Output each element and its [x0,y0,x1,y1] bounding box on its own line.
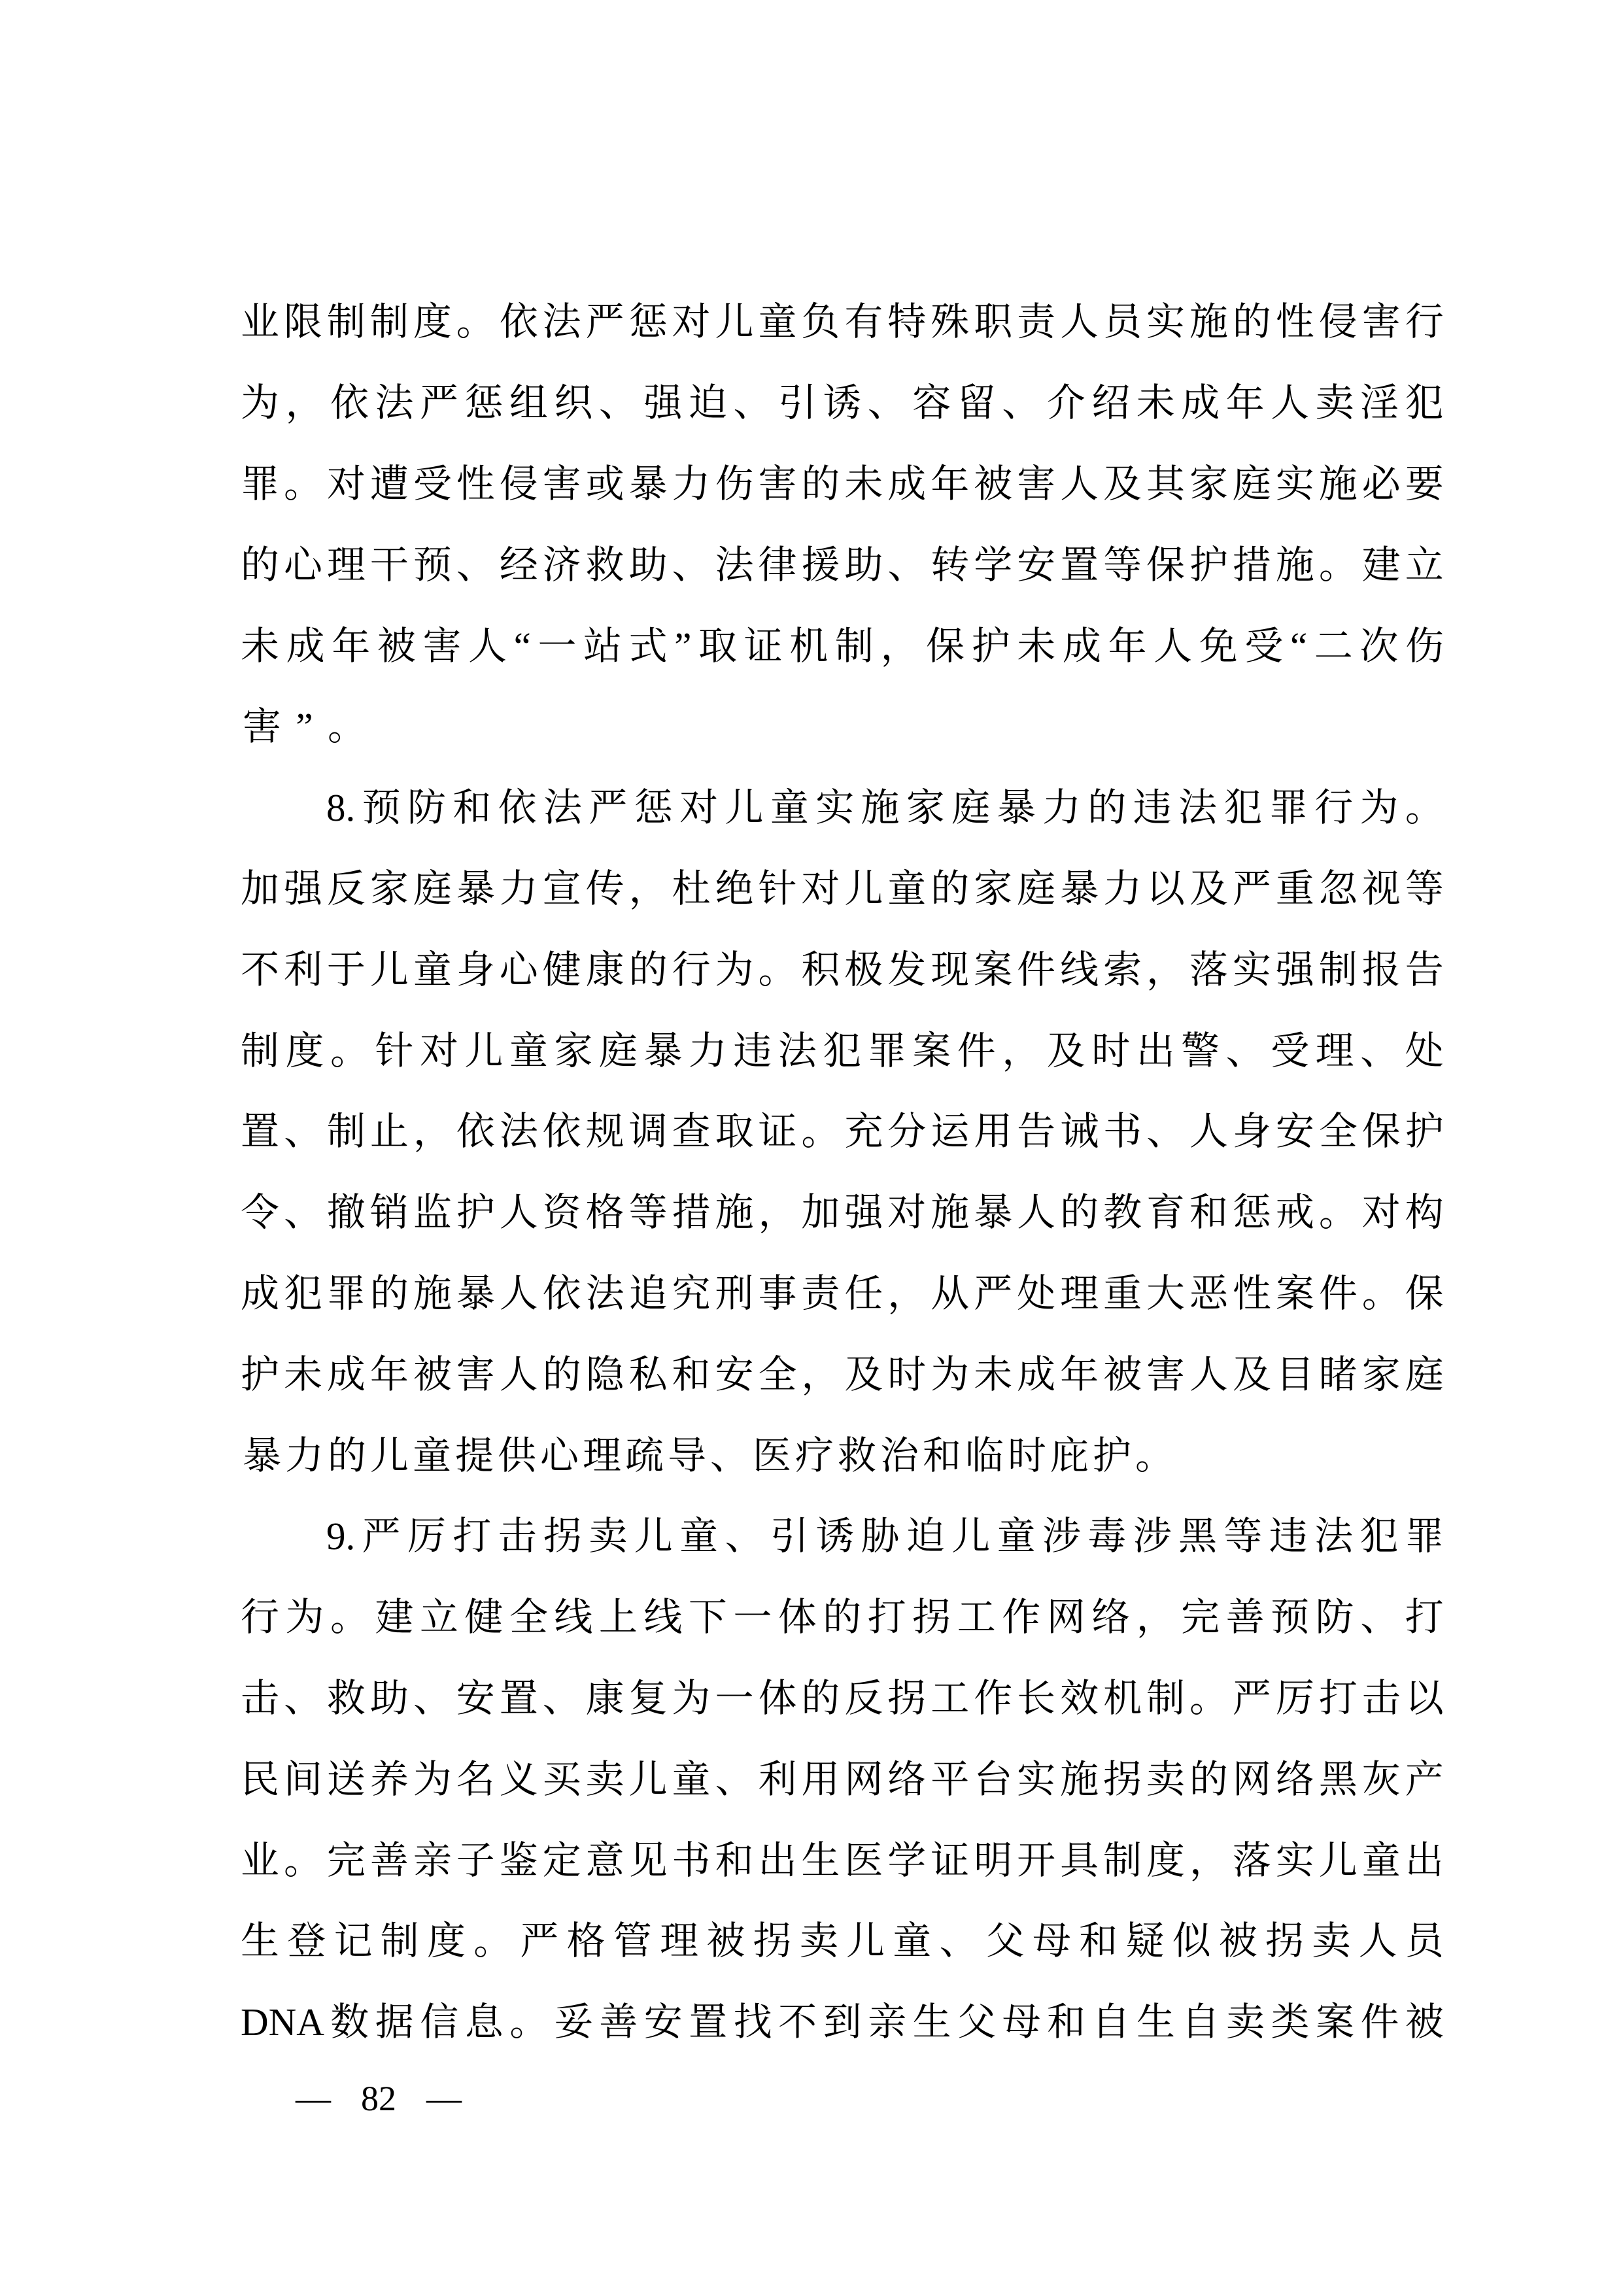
text-line: 为，依法严惩组织、强迫、引诱、容留、介绍未成年人卖淫犯 [241,363,1444,444]
text-line: 加强反家庭暴力宣传，杜绝针对儿童的家庭暴力以及严重忽视等 [241,849,1444,930]
text-line: 罪。对遭受性侵害或暴力伤害的未成年被害人及其家庭实施必要 [241,444,1444,525]
text-line: 护未成年被害人的隐私和安全，及时为未成年被害人及目睹家庭 [241,1334,1444,1415]
footer-dash-right: — [426,2078,462,2119]
text-line: DNA数据信息。妥善安置找不到亲生父母和自生自卖类案件被 [241,1982,1444,2063]
text-line-paragraph-9-start: 9.严厉打击拐卖儿童、引诱胁迫儿童涉毒涉黑等违法犯罪 [241,1496,1444,1577]
text-line: 业。完善亲子鉴定意见书和出生医学证明开具制度，落实儿童出 [241,1820,1444,1901]
text-line: 未成年被害人“一站式”取证机制，保护未成年人免受“二次伤 [241,606,1444,687]
text-line: 行为。建立健全线上线下一体的打拐工作网络，完善预防、打 [241,1577,1444,1658]
text-line: 击、救助、安置、康复为一体的反拐工作长效机制。严厉打击以 [241,1658,1444,1739]
text-line: 生登记制度。严格管理被拐卖儿童、父母和疑似被拐卖人员 [241,1901,1444,1982]
text-line: 令、撤销监护人资格等措施，加强对施暴人的教育和惩戒。对构 [241,1173,1444,1254]
text-line: 的心理干预、经济救助、法律援助、转学安置等保护措施。建立 [241,524,1444,606]
text-line: 置、制止，依法依规调查取证。充分运用告诫书、人身安全保护 [241,1091,1444,1173]
footer-dash-left: — [296,2078,331,2119]
body-text: 业限制制度。依法严惩对儿童负有特殊职责人员实施的性侵害行 为，依法严惩组织、强迫… [241,282,1444,2063]
page-footer: — 82 — [296,2078,462,2119]
text-line-paragraph-8-start: 8.预防和依法严惩对儿童实施家庭暴力的违法犯罪行为。 [241,768,1444,849]
text-line: 制度。针对儿童家庭暴力违法犯罪案件，及时出警、受理、处 [241,1010,1444,1091]
text-line: 不利于儿童身心健康的行为。积极发现案件线索，落实强制报告 [241,929,1444,1010]
document-page: 业限制制度。依法严惩对儿童负有特殊职责人员实施的性侵害行 为，依法严惩组织、强迫… [0,0,1623,2296]
text-line: 害”。 [241,687,1444,768]
text-line: 成犯罪的施暴人依法追究刑事责任，从严处理重大恶性案件。保 [241,1254,1444,1335]
text-line: 民间送养为名义买卖儿童、利用网络平台实施拐卖的网络黑灰产 [241,1739,1444,1820]
page-number: 82 [361,2078,396,2119]
text-line: 业限制制度。依法严惩对儿童负有特殊职责人员实施的性侵害行 [241,282,1444,363]
text-line: 暴力的儿童提供心理疏导、医疗救治和临时庇护。 [241,1415,1444,1496]
